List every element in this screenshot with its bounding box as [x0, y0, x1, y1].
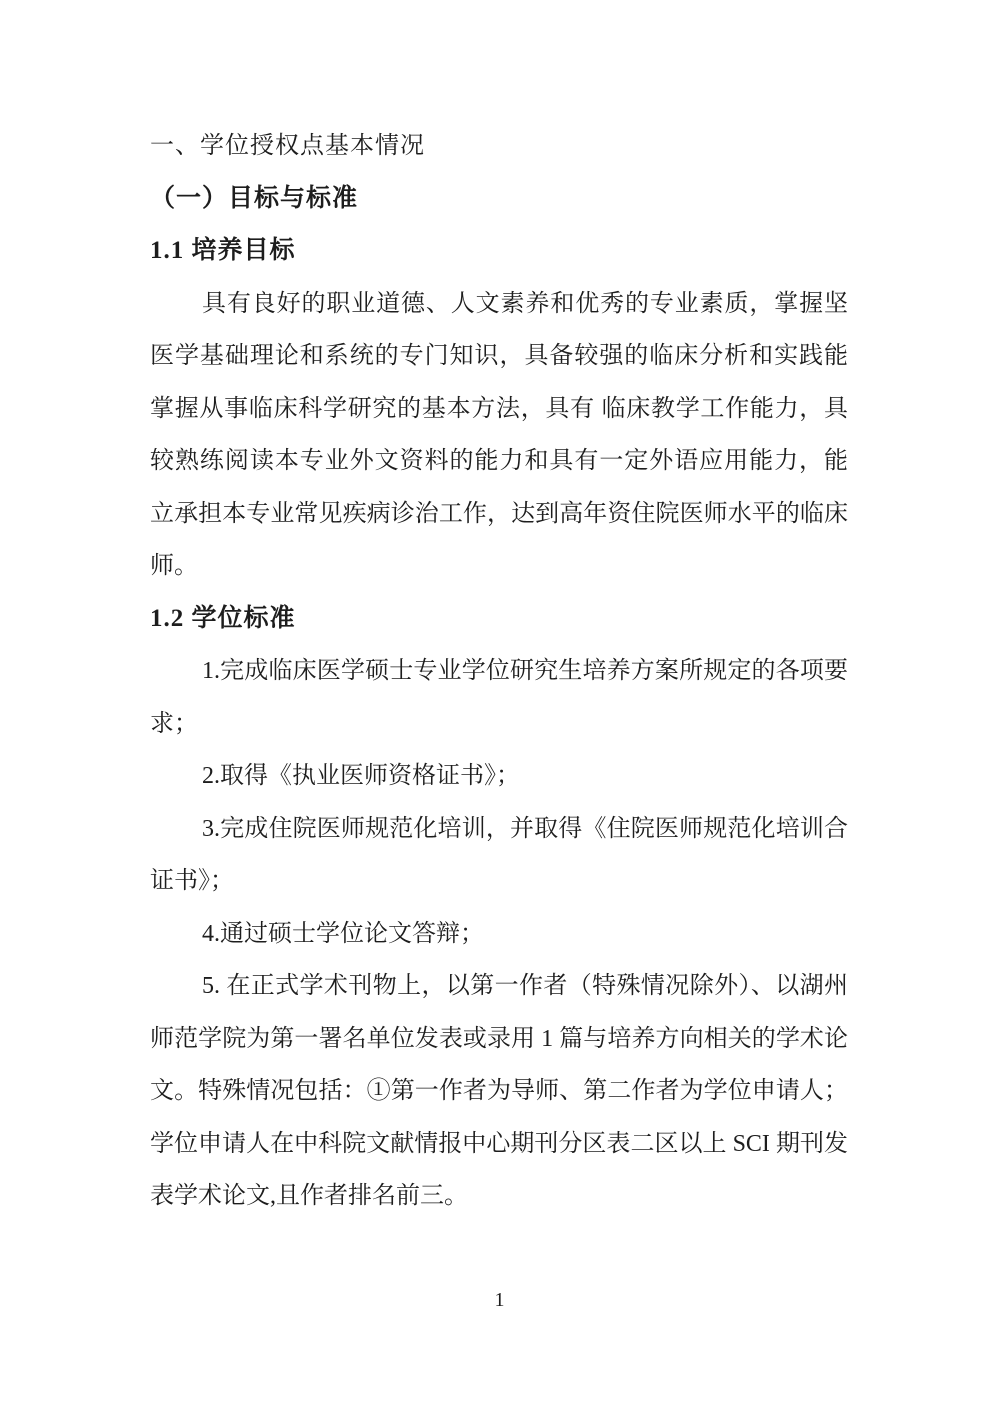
- text-line: 立承担本专业常见疾病诊治工作，达到高年资住院医师水平的临床医: [150, 488, 848, 541]
- text-line: 医学基础理论和系统的专门知识，具备较强的临床分析和实践能力，: [150, 330, 848, 383]
- paragraph-standard-item-3: 3.完成住院医师规范化培训，并取得《住院医师规范化培训合格证书》；: [150, 803, 848, 908]
- text-line: 学位申请人在中科院文献情报中心期刊分区表二区以上 SCI 期刊发: [150, 1118, 848, 1171]
- text-line: 掌握从事临床科学研究的基本方法，具有 临床教学工作能力，具有: [150, 383, 848, 436]
- text-line: 1.完成临床医学硕士专业学位研究生培养方案所规定的各项要: [150, 645, 848, 698]
- paragraph-standard-item-4: 4.通过硕士学位论文答辩；: [150, 908, 848, 961]
- document-page: 一、学位授权点基本情况（一）目标与标准1.1 培养目标具有良好的职业道德、人文素…: [0, 0, 999, 1414]
- text-line: 一、学位授权点基本情况: [150, 120, 848, 173]
- text-line: 证书》；: [150, 855, 848, 908]
- paragraph-standard-item-2: 2.取得《执业医师资格证书》；: [150, 750, 848, 803]
- paragraph-standard-item-1: 1.完成临床医学硕士专业学位研究生培养方案所规定的各项要求；: [150, 645, 848, 750]
- text-line: 师。: [150, 540, 848, 593]
- heading-section-goals-standards: （一）目标与标准: [150, 173, 848, 226]
- text-line: 师范学院为第一署名单位发表或录用 1 篇与培养方向相关的学术论: [150, 1013, 848, 1066]
- text-line: 1.1 培养目标: [150, 225, 848, 278]
- text-line: 1.2 学位标准: [150, 593, 848, 646]
- text-line: 文。特殊情况包括：①第一作者为导师、第二作者为学位申请人；②: [150, 1065, 848, 1118]
- heading-chapter: 一、学位授权点基本情况: [150, 120, 848, 173]
- text-line: 求；: [150, 698, 848, 751]
- paragraph-training-goal: 具有良好的职业道德、人文素养和优秀的专业素质，掌握坚实的医学基础理论和系统的专门…: [150, 278, 848, 593]
- text-line: 较熟练阅读本专业外文资料的能力和具有一定外语应用能力，能 独: [150, 435, 848, 488]
- text-line: 2.取得《执业医师资格证书》；: [150, 750, 848, 803]
- text-line: （一）目标与标准: [150, 173, 848, 226]
- document-content: 一、学位授权点基本情况（一）目标与标准1.1 培养目标具有良好的职业道德、人文素…: [150, 120, 848, 1223]
- text-line: 4.通过硕士学位论文答辩；: [150, 908, 848, 961]
- paragraph-standard-item-5: 5. 在正式学术刊物上，以第一作者（特殊情况除外）、以湖州师范学院为第一署名单位…: [150, 960, 848, 1223]
- text-line: 具有良好的职业道德、人文素养和优秀的专业素质，掌握坚实的: [150, 278, 848, 331]
- text-line: 3.完成住院医师规范化培训，并取得《住院医师规范化培训合格: [150, 803, 848, 856]
- text-line: 5. 在正式学术刊物上，以第一作者（特殊情况除外）、以湖州: [150, 960, 848, 1013]
- page-number: 1: [0, 1288, 999, 1312]
- text-line: 表学术论文,且作者排名前三。: [150, 1170, 848, 1223]
- heading-subsection-degree-standard: 1.2 学位标准: [150, 593, 848, 646]
- heading-subsection-training-goal: 1.1 培养目标: [150, 225, 848, 278]
